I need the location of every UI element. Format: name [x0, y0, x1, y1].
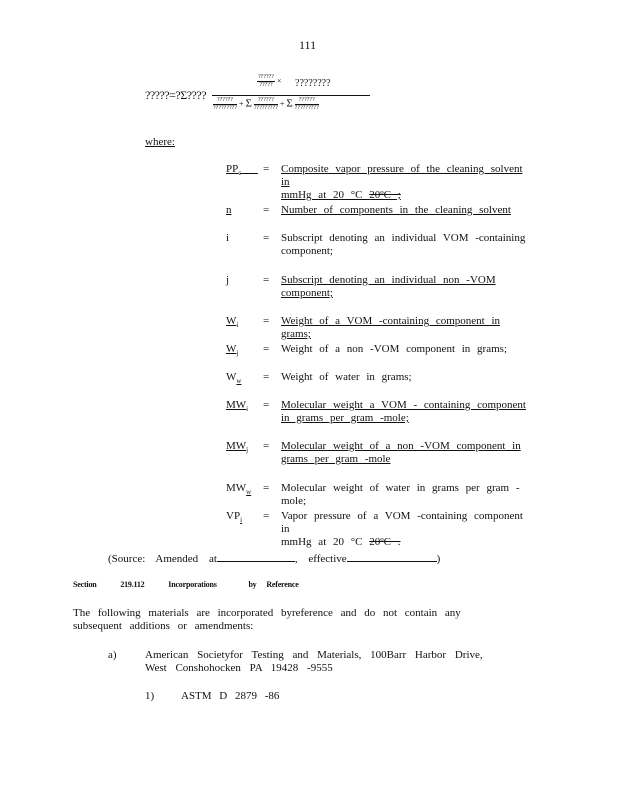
composite-vapor-pressure-formula: ?????=?Σ???? ?????? ????? × ???????? ???…	[145, 74, 375, 124]
page-number: 111	[299, 38, 316, 53]
list-item-label: a)	[108, 649, 117, 661]
sublist-item-text: ASTM D 2879 -86	[181, 690, 279, 702]
list-item-text: American Societyfor Testing and Material…	[145, 649, 500, 675]
where-label: where:	[145, 136, 175, 148]
source-note: (Source: Amended at, effective)	[108, 551, 440, 565]
sigma-icon: Σ	[245, 97, 251, 109]
section-heading: Section 219.112 Incorporations by Refere…	[73, 580, 321, 589]
numerator-fraction: ?????? ?????	[257, 74, 275, 89]
formula-denominator: ?????? ????????? + Σ ?????? ????????? + …	[213, 97, 319, 112]
formula-numerator-rest: ????????	[295, 78, 331, 89]
intro-paragraph: The following materials are incorporated…	[73, 607, 503, 633]
formula-numerator: ?????? ????? ×	[257, 74, 282, 89]
fraction-bar	[212, 95, 370, 96]
amended-date-blank	[217, 551, 295, 562]
formula-lhs: ?????=?Σ????	[145, 88, 206, 103]
effective-date-blank	[347, 551, 437, 562]
sublist-item-label: 1)	[145, 690, 154, 702]
sigma-icon: Σ	[286, 97, 292, 109]
